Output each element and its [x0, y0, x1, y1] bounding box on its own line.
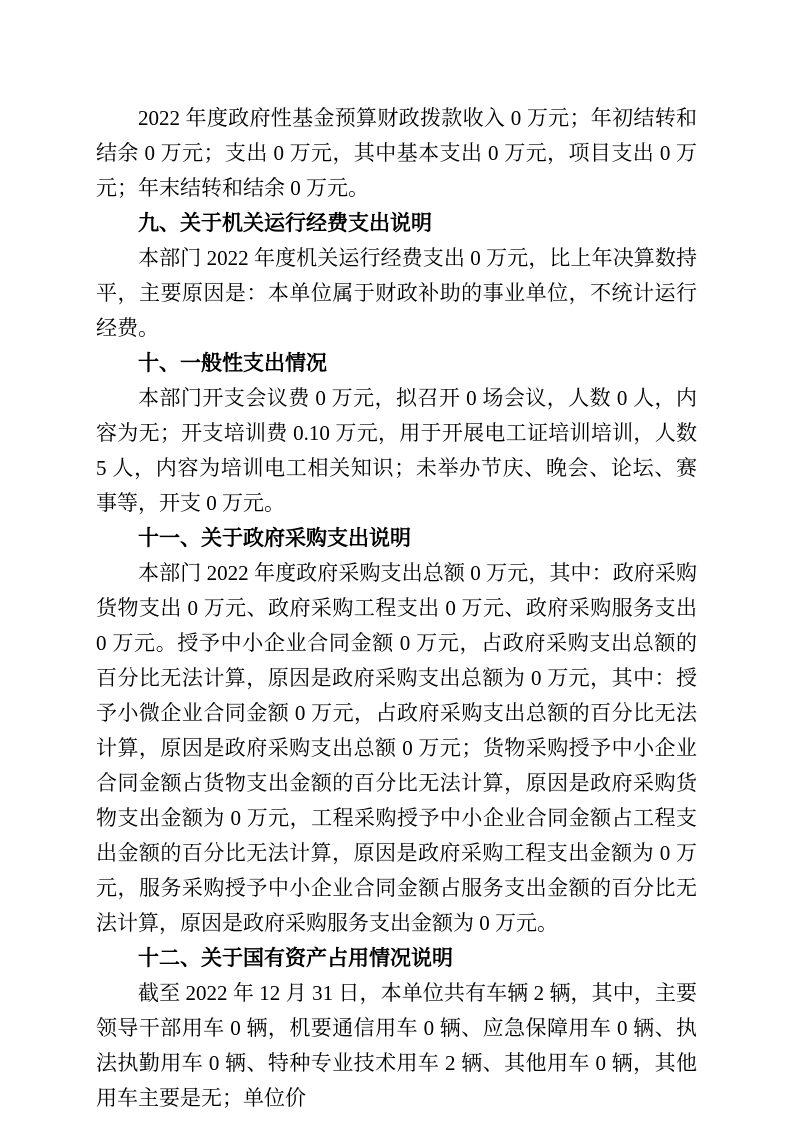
section-heading-12-state-owned-assets: 十二、关于国有资产占用情况说明 [96, 941, 697, 976]
paragraph-state-owned-assets: 截至 2022 年 12 月 31 日，本单位共有车辆 2 辆，其中，主要领导干… [96, 976, 697, 1116]
paragraph-operating-expenses: 本部门 2022 年度机关运行经费支出 0 万元，比上年决算数持平，主要原因是：… [96, 241, 697, 346]
paragraph-general-expenditure: 本部门开支会议费 0 万元，拟召开 0 场会议，人数 0 人，内容为无；开支培训… [96, 381, 697, 521]
section-heading-10-general-expenditure: 十、一般性支出情况 [96, 346, 697, 381]
paragraph-government-procurement: 本部门 2022 年度政府采购支出总额 0 万元，其中：政府采购货物支出 0 万… [96, 556, 697, 941]
document-body: 2022 年度政府性基金预算财政拨款收入 0 万元；年初结转和结余 0 万元；支… [96, 101, 697, 1116]
paragraph-gov-fund-budget: 2022 年度政府性基金预算财政拨款收入 0 万元；年初结转和结余 0 万元；支… [96, 101, 697, 206]
section-heading-11-government-procurement: 十一、关于政府采购支出说明 [96, 521, 697, 556]
document-page: 2022 年度政府性基金预算财政拨款收入 0 万元；年初结转和结余 0 万元；支… [0, 0, 793, 1122]
section-heading-9-operating-expenses: 九、关于机关运行经费支出说明 [96, 206, 697, 241]
